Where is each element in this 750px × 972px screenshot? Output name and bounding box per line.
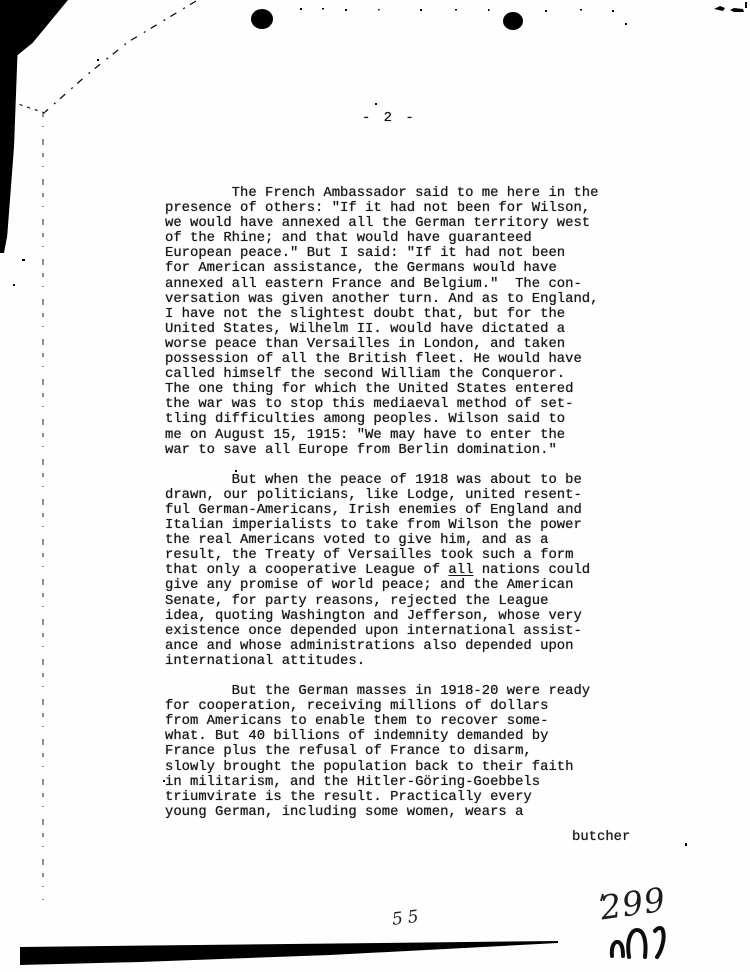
text-line: United States, Wilhelm II. would have di… (165, 322, 598, 337)
text-line: But when the peace of 1918 was about to … (165, 473, 598, 488)
text-line: tling difficulties among peoples. Wilson… (165, 412, 598, 427)
text-line: ful German-Americans, Irish enemies of E… (165, 503, 598, 518)
hole-punch-icon (503, 12, 523, 30)
text-line: existence once depended upon internation… (165, 624, 598, 639)
text-line: The French Ambassador said to me here in… (165, 186, 598, 201)
paragraph: But when the peace of 1918 was about to … (165, 473, 598, 669)
text-line: give any promise of world peace; and the… (165, 578, 598, 593)
underlined-word: all (448, 562, 473, 578)
handwritten-page-number-299: 299 (598, 880, 669, 928)
hole-punch-icon (251, 9, 273, 29)
text-line: triumvirate is the result. Practically e… (165, 790, 598, 805)
text-line: international attitudes. (165, 654, 598, 669)
smudge-mark (714, 6, 725, 11)
text-line: France plus the refusal of France to dis… (165, 744, 598, 759)
paragraph: The French Ambassador said to me here in… (165, 186, 598, 458)
scanned-page: - 2 - The French Ambassador said to me h… (0, 0, 750, 972)
text-line: versation was given another turn. And as… (165, 292, 598, 307)
smudge-mark (730, 8, 744, 12)
text-line: possession of all the British fleet. He … (165, 352, 598, 367)
text-line: Senate, for party reasons, rejected the … (165, 594, 598, 609)
text-line: me on August 15, 1915: "We may have to e… (165, 428, 598, 443)
smudge-mark (745, 2, 747, 8)
document-body: The French Ambassador said to me here in… (165, 186, 598, 820)
text-line: young German, including some women, wear… (165, 805, 598, 820)
text-line: Italian imperialists to take from Wilson… (165, 518, 598, 533)
scan-edge-shadow (0, 40, 18, 253)
text-line: war to save all Europe from Berlin domin… (165, 443, 598, 458)
text-line: called himself the second William the Co… (165, 367, 598, 382)
text-line: But the German masses in 1918-20 were re… (165, 684, 598, 699)
page-number-heading: - 2 - (362, 110, 416, 126)
text-line: ance and whose administrations also depe… (165, 639, 598, 654)
text-line: worse peace than Versailles in London, a… (165, 337, 598, 352)
text-line: I have not the slightest doubt that, but… (165, 307, 598, 322)
text-line: the real Americans voted to give him, an… (165, 533, 598, 548)
fold-crease-line (45, 1, 196, 112)
fold-crease-line (12, 102, 45, 113)
catchword: butcher (572, 829, 630, 845)
handwritten-partial-marks (612, 928, 664, 957)
text-line: idea, quoting Washington and Jefferson, … (165, 609, 598, 624)
text-line: presence of others: "If it had not been … (165, 201, 598, 216)
bottom-scan-bar (20, 941, 558, 965)
text-line: drawn, our politicians, like Lodge, unit… (165, 488, 598, 503)
text-line: annexed all eastern France and Belgium."… (165, 277, 598, 292)
handwritten-page-mark-55: 55 (391, 906, 425, 930)
text-line: for American assistance, the Germans wou… (165, 261, 598, 276)
paragraph: But the German masses in 1918-20 were re… (165, 684, 598, 820)
text-line: slowly brought the population back to th… (165, 760, 598, 775)
text-line: in militarism, and the Hitler-Göring-Goe… (165, 775, 598, 790)
